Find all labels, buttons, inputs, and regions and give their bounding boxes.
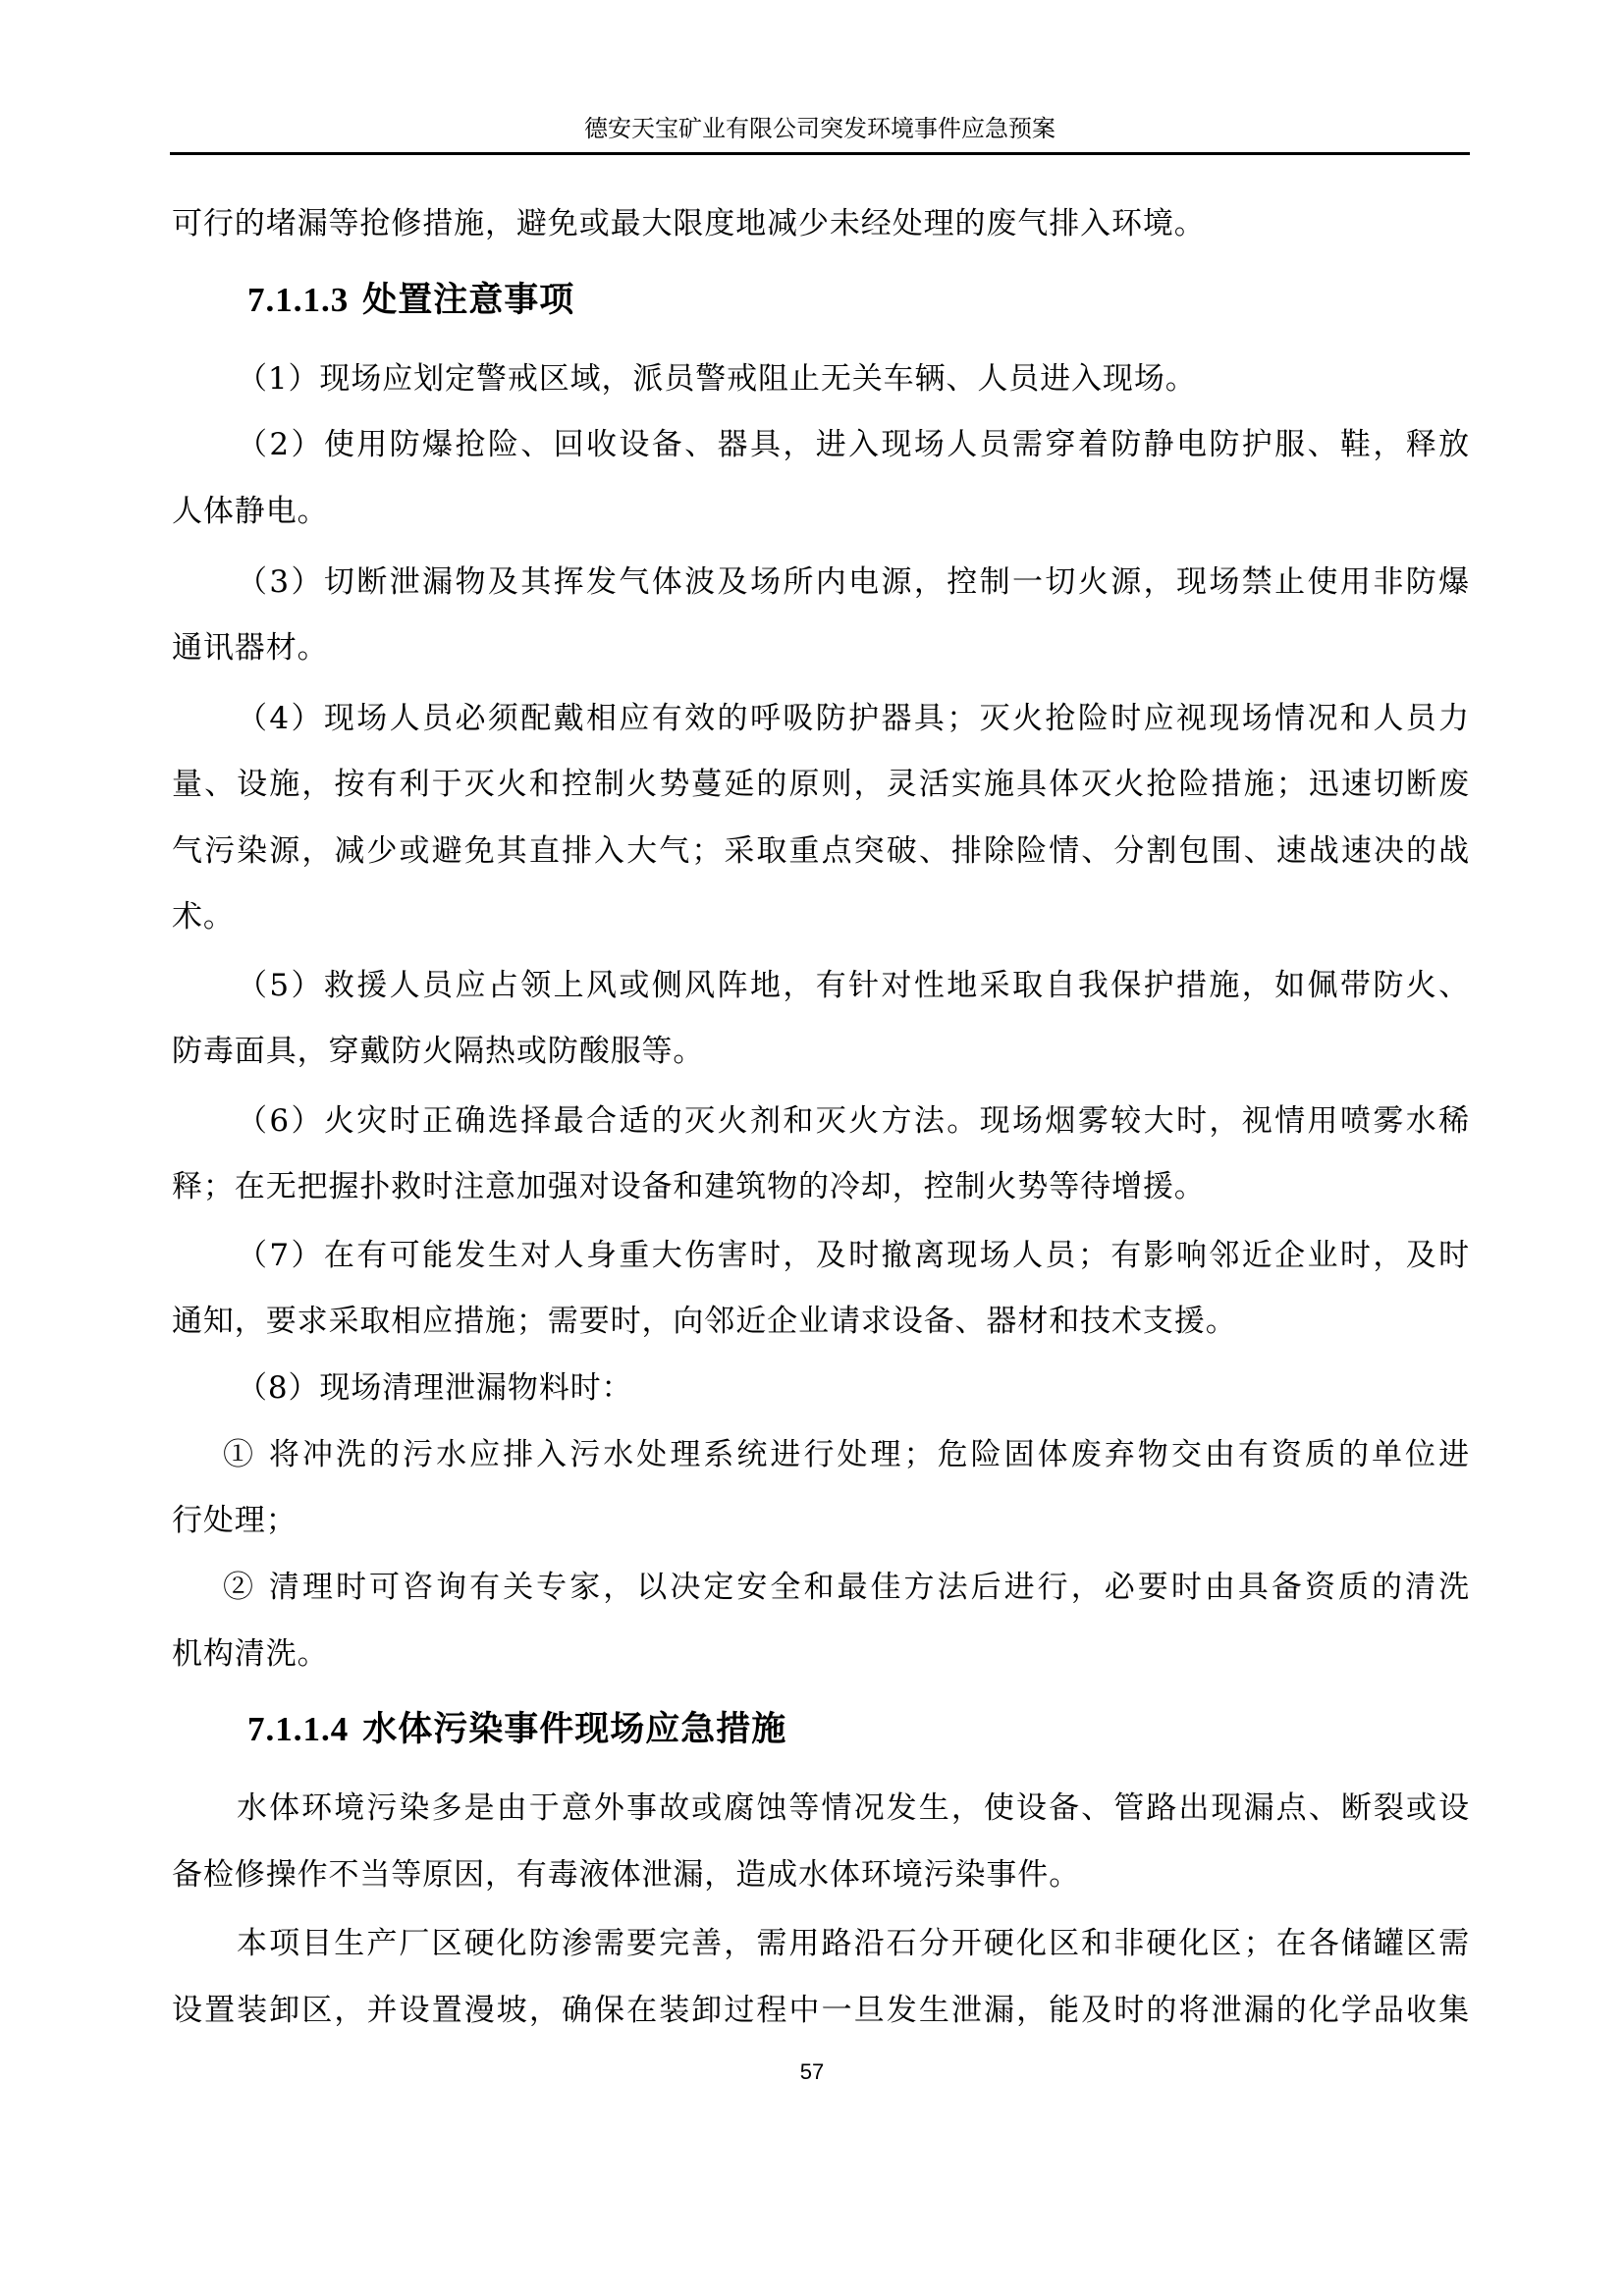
paragraph-line: 设置装卸区，并设置漫坡，确保在装卸过程中一旦发生泄漏，能及时的将泄漏的化学品收集 [172, 1991, 1470, 2030]
paragraph-line: （5）救援人员应占领上风或侧风阵地，有针对性地采取自我保护措施，如佩带防火、 [237, 966, 1470, 1005]
section-heading: 7.1.1.3处置注意事项 [247, 279, 574, 322]
paragraph-line: ② 清理时可咨询有关专家，以决定安全和最佳方法后进行，必要时由具备资质的清洗 [223, 1568, 1470, 1607]
paragraph-line: （4）现场人员必须配戴相应有效的呼吸防护器具；灭火抢险时应视现场情况和人员力 [237, 699, 1470, 738]
section-number: 7.1.1.3 [247, 281, 349, 319]
paragraph-line: 防毒面具，穿戴防火隔热或防酸服等。 [172, 1032, 704, 1071]
paragraph-line: 通知，要求采取相应措施；需要时，向邻近企业请求设备、器材和技术支援。 [172, 1302, 1237, 1341]
paragraph-line: 行处理； [172, 1501, 298, 1540]
paragraph-line: （1）现场应划定警戒区域，派员警戒阻止无关车辆、人员进入现场。 [237, 359, 1197, 399]
section-title: 水体污染事件现场应急措施 [362, 1709, 786, 1749]
paragraph-line: 备检修操作不当等原因，有毒液体泄漏，造成水体环境污染事件。 [172, 1855, 1080, 1895]
document-page: 德安天宝矿业有限公司突发环境事件应急预案 可行的堵漏等抢修措施，避免或最大限度地… [0, 0, 1624, 2296]
paragraph-line: 水体环境污染多是由于意外事故或腐蚀等情况发生，使设备、管路出现漏点、断裂或设 [237, 1789, 1470, 1828]
paragraph-line: 术。 [172, 897, 235, 936]
paragraph-line: （7）在有可能发生对人身重大伤害时，及时撤离现场人员；有影响邻近企业时，及时 [237, 1236, 1470, 1275]
section-number: 7.1.1.4 [247, 1710, 349, 1748]
page-number: 57 [0, 2058, 1624, 2086]
section-heading: 7.1.1.4水体污染事件现场应急措施 [247, 1708, 786, 1751]
header-rule [170, 152, 1470, 155]
paragraph-line: （8）现场清理泄漏物料时： [237, 1368, 632, 1408]
running-header: 德安天宝矿业有限公司突发环境事件应急预案 [170, 114, 1470, 143]
paragraph-line: （2）使用防爆抢险、回收设备、器具，进入现场人员需穿着防静电防护服、鞋，释放 [237, 425, 1470, 464]
paragraph-line: 机构清洗。 [172, 1634, 329, 1674]
paragraph-line: 量、设施，按有利于灭火和控制火势蔓延的原则，灵活实施具体灭火抢险措施；迅速切断废 [172, 765, 1470, 804]
paragraph-line: 释；在无把握扑救时注意加强对设备和建筑物的冷却，控制火势等待增援。 [172, 1167, 1206, 1206]
paragraph-line: 本项目生产厂区硬化防渗需要完善，需用路沿石分开硬化区和非硬化区；在各储罐区需 [237, 1924, 1470, 1963]
paragraph-line: ① 将冲洗的污水应排入污水处理系统进行处理；危险固体废弃物交由有资质的单位进 [223, 1435, 1470, 1474]
paragraph-line: （3）切断泄漏物及其挥发气体波及场所内电源，控制一切火源，现场禁止使用非防爆 [237, 562, 1470, 602]
paragraph-line: 通讯器材。 [172, 628, 329, 667]
paragraph-line: 人体静电。 [172, 492, 329, 531]
paragraph-line: 气污染源，减少或避免其直排入大气；采取重点突破、排除险情、分割包围、速战速决的战 [172, 831, 1470, 871]
section-title: 处置注意事项 [362, 280, 574, 320]
paragraph-line: （6）火灾时正确选择最合适的灭火剂和灭火方法。现场烟雾较大时，视情用喷雾水稀 [237, 1101, 1470, 1141]
paragraph-line: 可行的堵漏等抢修措施，避免或最大限度地减少未经处理的废气排入环境。 [172, 204, 1206, 243]
